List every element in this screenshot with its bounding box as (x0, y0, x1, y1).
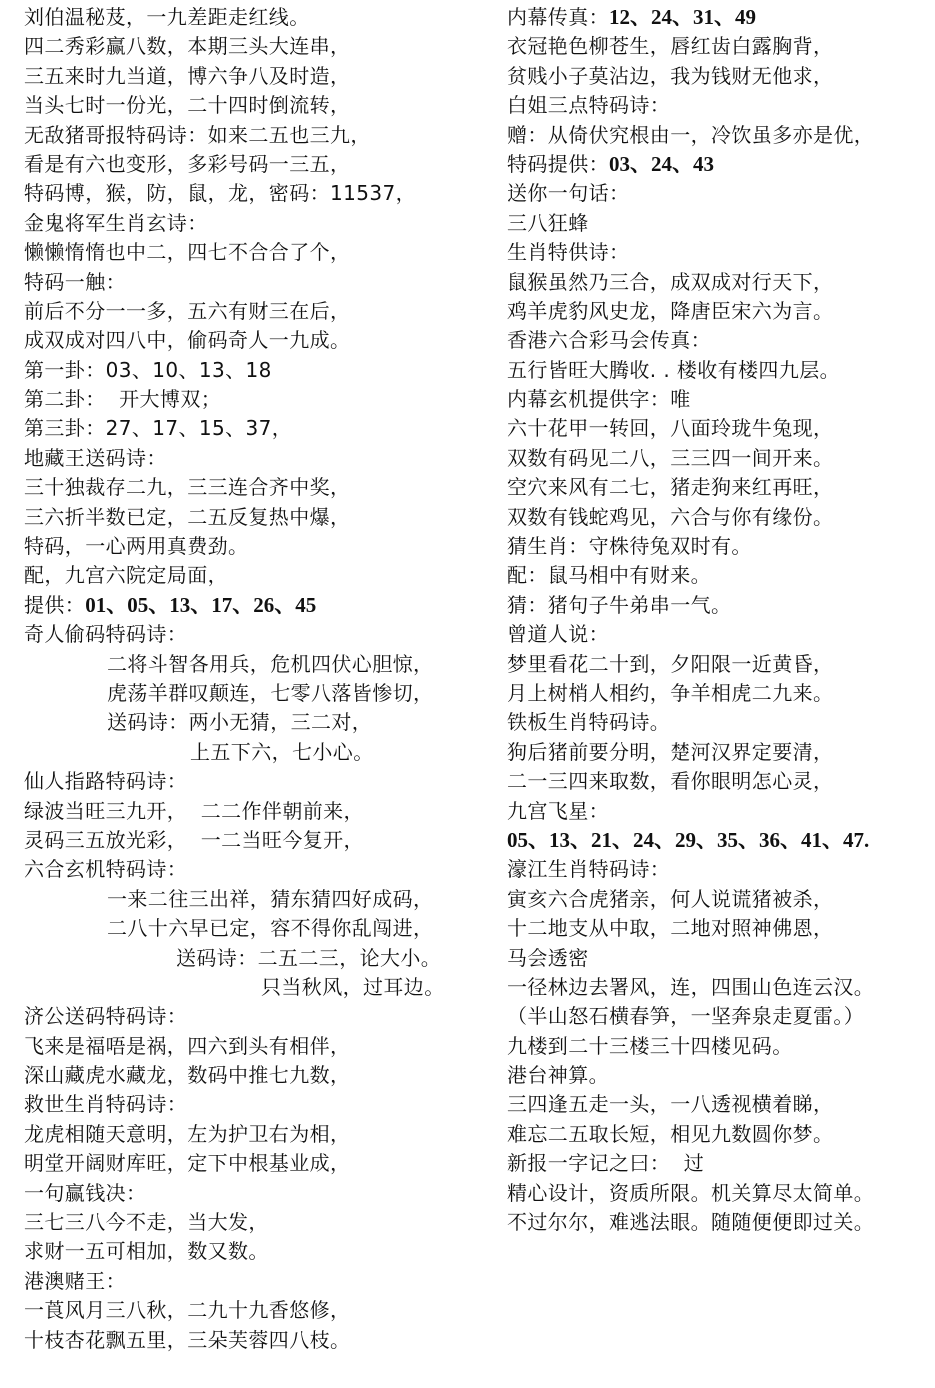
text-line: 只当秋风，过耳边。 (24, 973, 474, 1002)
text-line: 二一三四来取数，看你眼明怎心灵， (507, 767, 932, 796)
text-line: 十二地支从中取，二地对照神佛恩， (507, 914, 932, 943)
text-line: 送你一句话： (507, 179, 932, 208)
text-line: 三七三八今不走，当大发， (24, 1208, 474, 1237)
text-line: 深山藏虎水藏龙，数码中推七九数， (24, 1061, 474, 1090)
line-label: 特码提供： (507, 152, 609, 176)
text-line: 一来二往三出祥，猜东猜四好成码， (24, 885, 474, 914)
text-line: 无敌猪哥报特码诗：如来二五也三九， (24, 121, 474, 150)
text-line: 曾道人说： (507, 620, 932, 649)
text-line: 送码诗：两小无猜，三二对， (24, 708, 474, 737)
text-line: 六十花甲一转回，八面玲珑牛兔现， (507, 414, 932, 443)
text-line: 灵码三五放光彩， 一二当旺今复开， (24, 826, 474, 855)
text-line: 内幕玄机提供字：唯 (507, 385, 932, 414)
text-line: 三十独裁存二九，三三连合齐中奖， (24, 473, 474, 502)
text-line: 三四逢五走一头，一八透视横着睇， (507, 1090, 932, 1119)
text-line: 白姐三点特码诗： (507, 91, 932, 120)
text-line: 三八狂蜂 (507, 209, 932, 238)
number-list: 01、05、13、17、26、45 (85, 593, 316, 617)
right-column: 内幕传真：12、24、31、49衣冠艳色柳苍生，唇红齿白露胸背，贫贱小子莫沾边，… (507, 3, 932, 1237)
text-line: 赠：从倚伏究根由一，冷饮虽多亦是优， (507, 121, 932, 150)
text-line: 特码一触： (24, 268, 474, 297)
text-line: 救世生肖特码诗： (24, 1090, 474, 1119)
text-line: 特码，一心两用真费劲。 (24, 532, 474, 561)
text-line: 虎荡羊群叹颠连，七零八落皆惨切， (24, 679, 474, 708)
text-line: 看是有六也变形，多彩号码一三五， (24, 150, 474, 179)
text-line: 05、13、21、24、29、35、36、41、47. (507, 826, 932, 855)
text-line: 难忘二五取长短，相见九数圆你梦。 (507, 1120, 932, 1149)
text-line: 鸡羊虎豹风史龙，降唐臣宋六为言。 (507, 297, 932, 326)
text-line: 生肖特供诗： (507, 238, 932, 267)
text-line: 第三卦：27、17、15、37， (24, 414, 474, 443)
text-line: 当头七时一份光，二十四时倒流转， (24, 91, 474, 120)
number-list: 03、24、43 (609, 152, 714, 176)
line-label: 提供： (24, 593, 85, 617)
text-line: 提供：01、05、13、17、26、45 (24, 591, 474, 620)
text-line: 上五下六，七小心。 (24, 738, 474, 767)
text-line: 六合玄机特码诗： (24, 855, 474, 884)
text-line: 奇人偷码特码诗： (24, 620, 474, 649)
text-line: 濠江生肖特码诗： (507, 855, 932, 884)
text-line: 十枝杏花飘五里，三朵芙蓉四八枝。 (24, 1326, 474, 1355)
text-line: 双数有钱蛇鸡见，六合与你有缘份。 (507, 503, 932, 532)
text-line: 衣冠艳色柳苍生，唇红齿白露胸背， (507, 32, 932, 61)
text-line: 明堂开阔财库旺，定下中根基业成， (24, 1149, 474, 1178)
text-line: 铁板生肖特码诗。 (507, 708, 932, 737)
text-line: 龙虎相随天意明，左为护卫右为相， (24, 1120, 474, 1149)
text-line: 绿波当旺三九开， 二二作伴朝前来， (24, 797, 474, 826)
text-line: 梦里看花二十到，夕阳限一近黄昏， (507, 650, 932, 679)
text-line: 配，九宫六院定局面， (24, 561, 474, 590)
text-line: 三五来时九当道，博六争八及时造， (24, 62, 474, 91)
text-line: 刘伯温秘芨，一九差距走红线。 (24, 3, 474, 32)
text-line: 飞来是福唔是祸，四六到头有相伴， (24, 1032, 474, 1061)
text-line: 送码诗：二五二三，论大小。 (24, 944, 474, 973)
text-line: 地藏王送码诗： (24, 444, 474, 473)
text-line: 二八十六早已定，容不得你乱闯进， (24, 914, 474, 943)
text-line: 香港六合彩马会传真： (507, 326, 932, 355)
text-line: 港澳赌王： (24, 1267, 474, 1296)
text-line: 狗后猪前要分明，楚河汉界定要清， (507, 738, 932, 767)
text-line: 成双成对四八中，偷码奇人一九成。 (24, 326, 474, 355)
text-line: 马会透密 (507, 944, 932, 973)
text-line: 济公送码特码诗： (24, 1002, 474, 1031)
text-line: 第二卦： 开大博双； (24, 385, 474, 414)
text-line: 第一卦：03、10、13、18 (24, 356, 474, 385)
text-line: 月上树梢人相约，争羊相虎二九来。 (507, 679, 932, 708)
text-line: 懒懒惰惰也中二，四七不合合了个， (24, 238, 474, 267)
number-list: 05、13、21、24、29、35、36、41、47. (507, 828, 869, 852)
text-line: 仙人指路特码诗： (24, 767, 474, 796)
text-line: 九楼到二十三楼三十四楼见码。 (507, 1032, 932, 1061)
text-line: 猜生肖：守株待兔双时有。 (507, 532, 932, 561)
text-line: 特码博，猴，防，鼠，龙，密码：11537， (24, 179, 474, 208)
text-line: 精心设计，资质所限。机关算尽太简单。 (507, 1179, 932, 1208)
text-line: 求财一五可相加，数又数。 (24, 1237, 474, 1266)
text-line: 前后不分一一多，五六有财三在后， (24, 297, 474, 326)
line-label: 内幕传真： (507, 5, 609, 29)
text-line: 一莨风月三八秋，二九十九香悠修， (24, 1296, 474, 1325)
text-line: 港台神算。 (507, 1061, 932, 1090)
number-list: 12、24、31、49 (609, 5, 756, 29)
text-line: 贫贱小子莫沾边，我为钱财无他求， (507, 62, 932, 91)
text-line: 一径林边去署风，连，四围山色连云汉。 (507, 973, 932, 1002)
text-line: 配：鼠马相中有财来。 (507, 561, 932, 590)
text-line: 鼠猴虽然乃三合，成双成对行天下， (507, 268, 932, 297)
text-line: （半山怒石横春笋，一坚奔泉走夏雷。） (507, 1002, 932, 1031)
text-line: 寅亥六合虎猪亲，何人说谎猪被杀， (507, 885, 932, 914)
text-line: 内幕传真：12、24、31、49 (507, 3, 932, 32)
text-line: 五行皆旺大腾收. . 楼收有楼四九层。 (507, 356, 932, 385)
text-line: 不过尔尔，难逃法眼。随随便便即过关。 (507, 1208, 932, 1237)
text-line: 金鬼将军生肖玄诗： (24, 209, 474, 238)
text-line: 猜：猪句子牛弟串一气。 (507, 591, 932, 620)
text-line: 二将斗智各用兵，危机四伏心胆惊， (24, 650, 474, 679)
text-line: 一句赢钱决： (24, 1179, 474, 1208)
text-line: 双数有码见二八，三三四一间开来。 (507, 444, 932, 473)
text-line: 四二秀彩赢八数，本期三头大连串， (24, 32, 474, 61)
text-line: 新报一字记之曰： 过 (507, 1149, 932, 1178)
text-line: 特码提供：03、24、43 (507, 150, 932, 179)
text-line: 空穴来风有二七，猪走狗来红再旺， (507, 473, 932, 502)
left-column: 刘伯温秘芨，一九差距走红线。四二秀彩赢八数，本期三头大连串，三五来时九当道，博六… (24, 3, 474, 1355)
text-line: 九宫飞星： (507, 797, 932, 826)
text-line: 三六折半数已定，二五反复热中爆， (24, 503, 474, 532)
